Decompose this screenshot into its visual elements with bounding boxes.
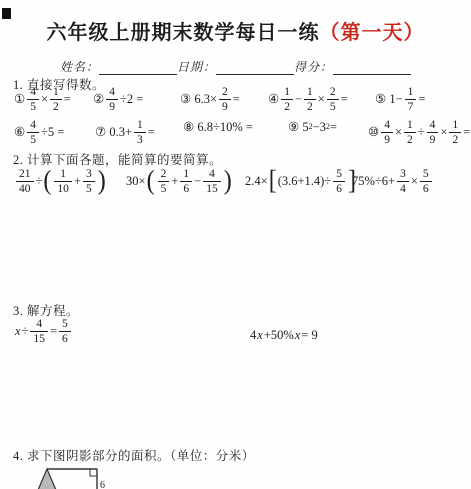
score-label: 得分： bbox=[294, 58, 333, 75]
problem-s2-2: 30×(25+16−415) bbox=[126, 168, 233, 195]
problem-s1-10: ⑩ 49×12÷49×12 = bbox=[368, 119, 470, 146]
page-title-day: （第一天） bbox=[320, 22, 425, 44]
shaded-triangle bbox=[38, 469, 56, 489]
name-label: 姓名： bbox=[60, 58, 99, 75]
problem-s1-5: ⑤ 1−17 = bbox=[375, 86, 425, 113]
problem-s1-6: ⑥ 45÷5 = bbox=[14, 119, 64, 146]
section3-heading: 3. 解方程。 bbox=[13, 301, 79, 319]
equation-s3-1: x÷415=56 bbox=[14, 318, 73, 345]
page-title: 六年级上册期末数学每日一练（第一天） bbox=[0, 16, 471, 45]
score-blank bbox=[333, 62, 411, 75]
problem-s1-1: ① 45×12 = bbox=[14, 86, 71, 113]
problem-s1-8: ⑧ 6.8÷10% = bbox=[183, 121, 253, 134]
date-blank bbox=[216, 62, 294, 75]
figure-dimension-label: 6 bbox=[100, 480, 105, 489]
problem-s1-7: ⑦ 0.3+13 = bbox=[95, 119, 155, 146]
worksheet-page: 六年级上册期末数学每日一练（第一天） 姓名： 日期： 得分： 1. 直接写得数。… bbox=[0, 0, 471, 489]
right-angle-mark bbox=[90, 469, 97, 476]
student-info-row: 姓名： 日期： 得分： bbox=[0, 58, 471, 75]
equation-s3-2: 4x+50%x = 9 bbox=[250, 329, 318, 342]
problem-s2-1: 2140÷(110+35) bbox=[14, 168, 107, 195]
problem-s1-4: ④ 12−12×25 = bbox=[268, 86, 348, 113]
date-label: 日期： bbox=[177, 58, 216, 75]
problem-s2-3: 2.4×[(3.6+1.4)÷56] bbox=[245, 168, 357, 195]
section4-heading: 4. 求下图阴影部分的面积。（单位：分米） bbox=[13, 446, 255, 464]
problem-s2-4: 75%÷6+34×56 bbox=[352, 168, 434, 195]
page-title-main: 六年级上册期末数学每日一练 bbox=[47, 22, 320, 44]
shaded-area-figure: 6 bbox=[30, 464, 140, 489]
problem-s1-3: ③ 6.3×29 = bbox=[180, 86, 240, 113]
problem-s1-2: ② 49÷2 = bbox=[93, 86, 143, 113]
name-blank bbox=[99, 62, 177, 75]
problem-s1-9: ⑨ 52−32 = bbox=[288, 121, 337, 134]
